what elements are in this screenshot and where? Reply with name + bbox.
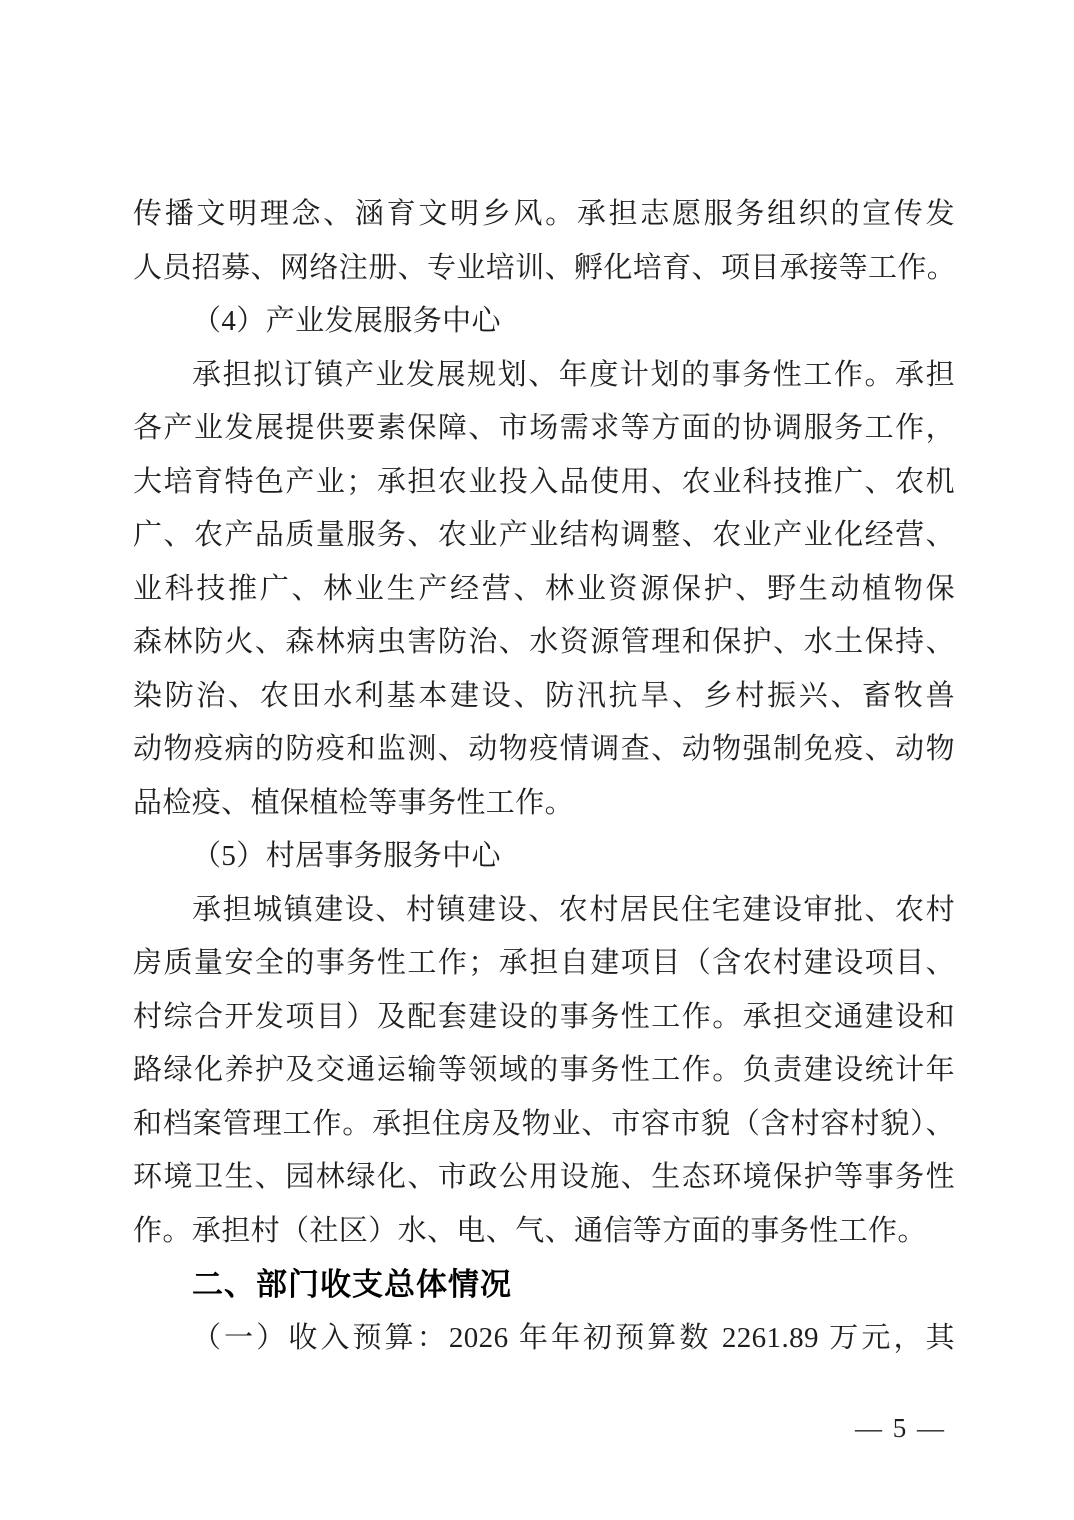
paragraph-line: 大培育特色产业；承担农业投入品使用、农业科技推广、农机推 bbox=[133, 456, 955, 510]
paragraph-line: 人员招募、网络注册、专业培训、孵化培育、项目承接等工作。 bbox=[133, 242, 955, 296]
paragraph-line: 各产业发展提供要素保障、市场需求等方面的协调服务工作，加 bbox=[133, 402, 955, 456]
paragraph-line-income-budget: （一）收入预算：2026 年年初预算数 2261.89 万元，其中： bbox=[133, 1312, 955, 1366]
subsection-heading-4: （4）产业发展服务中心 bbox=[133, 295, 955, 349]
page-body-text: 传播文明理念、涵育文明乡风。承担志愿服务组织的宣传发动、 人员招募、网络注册、专… bbox=[133, 188, 955, 1365]
document-page: 传播文明理念、涵育文明乡风。承担志愿服务组织的宣传发动、 人员招募、网络注册、专… bbox=[0, 0, 1074, 1520]
section-heading-income-expenditure: 二、部门收支总体情况 bbox=[133, 1258, 955, 1312]
paragraph-line: 业科技推广、林业生产经营、林业资源保护、野生动植物保护、 bbox=[133, 563, 955, 617]
page-number: — 5 — bbox=[855, 1408, 946, 1448]
paragraph-line: 品检疫、植保植检等事务性工作。 bbox=[133, 777, 955, 831]
paragraph-line: 传播文明理念、涵育文明乡风。承担志愿服务组织的宣传发动、 bbox=[133, 188, 955, 242]
paragraph-line: 承担城镇建设、村镇建设、农村居民住宅建设审批、农村住 bbox=[133, 884, 955, 938]
paragraph-line: 承担拟订镇产业发展规划、年度计划的事务性工作。承担对 bbox=[133, 349, 955, 403]
paragraph-line: 广、农产品质量服务、农业产业结构调整、农业产业化经营、林 bbox=[133, 509, 955, 563]
paragraph-line: 路绿化养护及交通运输等领域的事务性工作。负责建设统计年报 bbox=[133, 1044, 955, 1098]
paragraph-line: 房质量安全的事务性工作；承担自建项目（含农村建设项目、农 bbox=[133, 937, 955, 991]
subsection-heading-5: （5）村居事务服务中心 bbox=[133, 830, 955, 884]
paragraph-line: 环境卫生、园林绿化、市政公用设施、生态环境保护等事务性工 bbox=[133, 1151, 955, 1205]
paragraph-line: 森林防火、森林病虫害防治、水资源管理和保护、水土保持、污 bbox=[133, 616, 955, 670]
paragraph-line: 动物疫病的防疫和监测、动物疫情调查、动物强制免疫、动物产 bbox=[133, 723, 955, 777]
paragraph-line: 作。承担村（社区）水、电、气、通信等方面的事务性工作。 bbox=[133, 1205, 955, 1259]
paragraph-line: 村综合开发项目）及配套建设的事务性工作。承担交通建设和道 bbox=[133, 991, 955, 1045]
paragraph-line: 和档案管理工作。承担住房及物业、市容市貌（含村容村貌）、 bbox=[133, 1098, 955, 1152]
paragraph-line: 染防治、农田水利基本建设、防汛抗旱、乡村振兴、畜牧兽医、 bbox=[133, 670, 955, 724]
